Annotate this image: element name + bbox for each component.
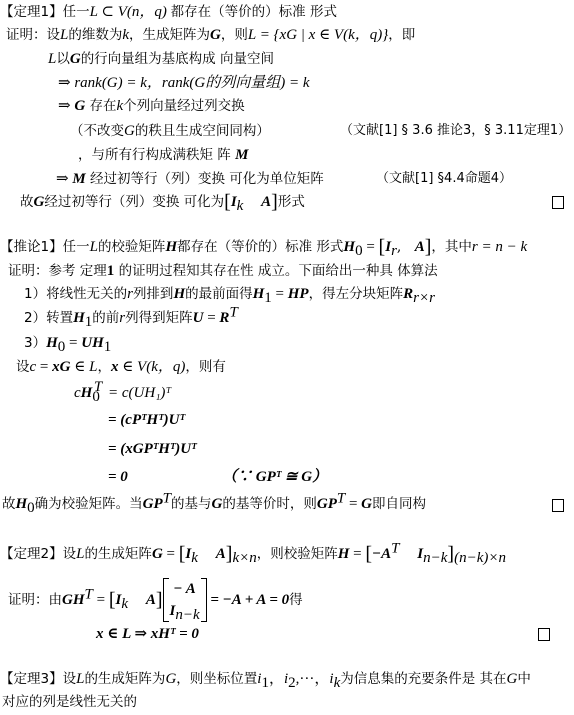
theorem1-label: 【定理1】 bbox=[0, 4, 63, 20]
corollary1-label: 【推论1】 bbox=[0, 239, 63, 255]
equation-reason: （∵ GPᵀ ≅ G） bbox=[222, 468, 327, 486]
theorem2-proof: 证明：由GHT = [Ik A]− AIn−k = −A + A = 0得 bbox=[8, 578, 303, 622]
theorem1-proof-line4: ⇒ G 存在k个列向量经过列交换 bbox=[58, 97, 245, 115]
corollary1-conclusion: 故H0确为校验矩阵。当GPT的基与G的基等价时，则GPT = G即自同构 bbox=[2, 495, 426, 513]
equation-rhs-3: = (xGPᵀHᵀ)Uᵀ bbox=[108, 440, 197, 458]
theorem1-proof-line3: ⇒ rank(G) = k，rank(G的列向量组) = k bbox=[58, 74, 310, 92]
theorem3-statement: 【定理3】设L的生成矩阵为G，则坐标位置i1，i2,···，ik为信息集的充要条… bbox=[0, 670, 531, 688]
theorem1-conclusion: 故G经过初等行（列）变换 可化为[Ik A]形式 bbox=[20, 193, 305, 211]
corollary1-proof-line1: 证明：参考 定理1 的证明过程知其存在性 成立。下面给出一种具 体算法 bbox=[8, 262, 438, 280]
equation-line-1: cH0T bbox=[74, 384, 102, 402]
qed-box bbox=[538, 628, 550, 641]
theorem1-proof-line2: L以G的行向量组为基底构成 向量空间 bbox=[48, 50, 274, 68]
column-matrix: − AIn−k bbox=[163, 578, 207, 622]
theorem1-statement: 【定理1】任一L ⊂ V(n，q) 都存在（等价的）标准 形式 bbox=[0, 3, 337, 21]
reference-citation: （文献[1] § 3.6 推论3，§ 3.11定理1） bbox=[340, 122, 571, 140]
theorem1-proof-line1: 证明：设L的维数为k，生成矩阵为G，则L = {xG | x ∈ V(k，q)}… bbox=[6, 26, 415, 44]
theorem2-label: 【定理2】 bbox=[0, 546, 63, 562]
algorithm-step-1: 1）将线性无关的r列排到H的最前面得H1 = HP，得左分块矩阵Rr×r bbox=[24, 285, 435, 303]
algorithm-step-2: 2）转置H1的前r列得到矩阵U = RT bbox=[24, 309, 238, 327]
theorem3-label: 【定理3】 bbox=[0, 671, 63, 687]
theorem2-statement: 【定理2】设L的生成矩阵G = [Ik A]k×n，则校验矩阵H = [−AT … bbox=[0, 545, 506, 563]
theorem2-implication: x ∈ L ⇒ xHᵀ = 0 bbox=[96, 625, 199, 643]
equation-rhs-1: = c(UH₁)ᵀ bbox=[108, 384, 171, 402]
theorem1-proof-line5: （不改变G的秩且生成空间同构） bbox=[70, 122, 270, 140]
corollary1-let: 设c = xG ∈ L，x ∈ V(k，q)，则有 bbox=[16, 358, 226, 376]
qed-box bbox=[552, 196, 564, 209]
qed-box bbox=[552, 499, 564, 512]
theorem3-statement-line2: 对应的列是线性无关的 bbox=[2, 693, 137, 711]
reference-citation: （文献[1] §4.4命题4） bbox=[376, 170, 512, 188]
proof-label: 证明： bbox=[6, 27, 47, 43]
equation-rhs-4: = 0 bbox=[108, 468, 128, 486]
theorem1-proof-line6: ，与所有行构成满秩矩 阵 M bbox=[78, 146, 248, 164]
theorem1-proof-line7: ⇒ M 经过初等行（列）变换 可化为单位矩阵 bbox=[56, 170, 324, 188]
equation-rhs-2: = (cPᵀHᵀ)Uᵀ bbox=[108, 411, 185, 429]
corollary1-statement: 【推论1】任一L的校验矩阵H都存在（等价的）标准 形式H0 = [Ir, A]，… bbox=[0, 238, 527, 256]
algorithm-step-3: 3）H0 = UH1 bbox=[24, 334, 111, 352]
